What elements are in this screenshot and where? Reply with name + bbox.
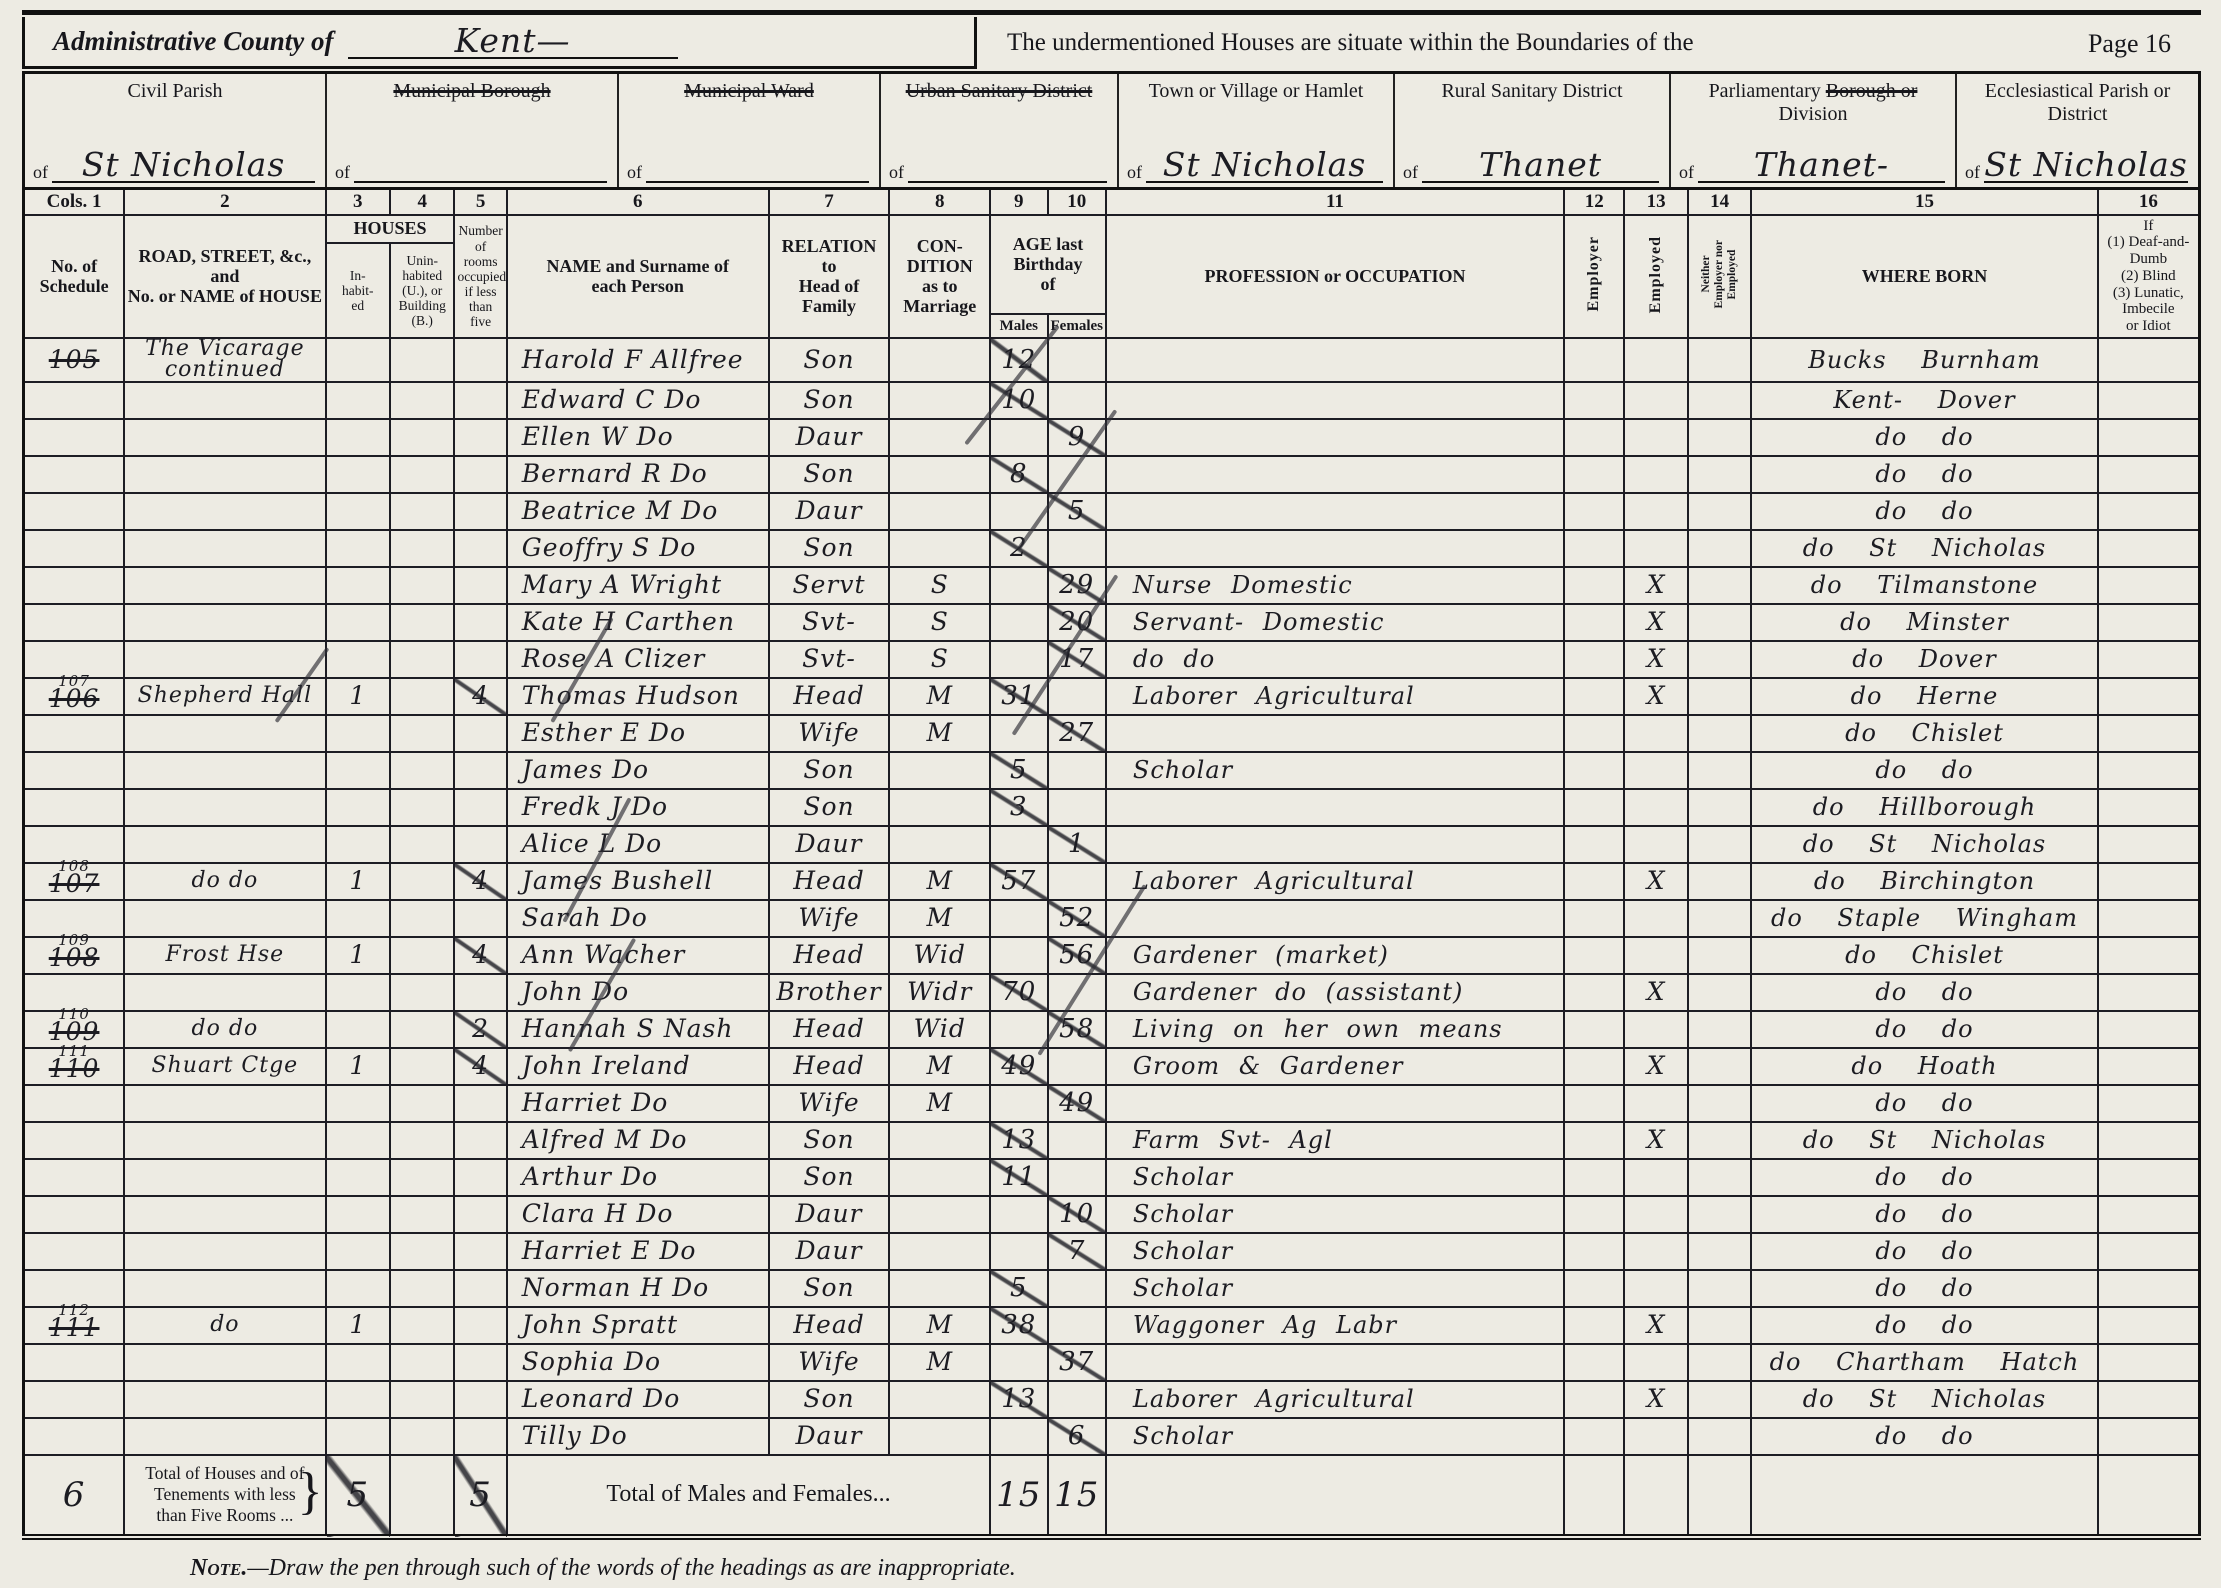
cell-name: Thomas Hudson bbox=[507, 678, 769, 715]
colnum-4: 4 bbox=[390, 189, 454, 215]
cell-cond: S bbox=[889, 641, 990, 678]
cell-infirm bbox=[2098, 493, 2200, 530]
admin-county-value: Kent— bbox=[348, 24, 678, 59]
cell-prof: do do bbox=[1106, 641, 1564, 678]
totals-houses-cell: Total of Houses and of Tenements with le… bbox=[124, 1455, 325, 1537]
ecclesiastical-title: Ecclesiastical Parish or District bbox=[1957, 80, 2198, 126]
town-village-title: Town or Village or Hamlet bbox=[1119, 80, 1393, 103]
cell-rooms bbox=[454, 1196, 506, 1233]
cell-born: Kent- Dover bbox=[1751, 382, 2097, 419]
cell-empr bbox=[1564, 1048, 1624, 1085]
cell-rooms bbox=[454, 1418, 506, 1455]
cell-uninh bbox=[390, 493, 454, 530]
cell-schedule: 109108 bbox=[24, 937, 125, 974]
header-houses-group: HOUSES bbox=[326, 215, 455, 243]
cell-empr bbox=[1564, 1344, 1624, 1381]
schedule-original: 111 bbox=[49, 1313, 100, 1342]
cell-rel: Daur bbox=[769, 1418, 890, 1455]
cell-name: Tilly Do bbox=[507, 1418, 769, 1455]
cell-empd: X bbox=[1624, 604, 1687, 641]
cell-infirm bbox=[2098, 382, 2200, 419]
cell-neither bbox=[1688, 789, 1751, 826]
cell-neither bbox=[1688, 382, 1751, 419]
cell-uninh bbox=[390, 678, 454, 715]
cell-name: Sarah Do bbox=[507, 900, 769, 937]
cell-infirm bbox=[2098, 338, 2200, 382]
cell-cond: M bbox=[889, 1048, 990, 1085]
cell-road bbox=[124, 419, 325, 456]
cell-age_f: 52 bbox=[1048, 900, 1106, 937]
cell-road bbox=[124, 789, 325, 826]
table-row: Geoffry S DoSon2do St Nicholas bbox=[24, 530, 2200, 567]
cell-inh: 1 bbox=[326, 863, 390, 900]
cell-born: do St Nicholas bbox=[1751, 1122, 2097, 1159]
cell-schedule bbox=[24, 530, 125, 567]
cell-infirm bbox=[2098, 863, 2200, 900]
cell-rooms: 4 bbox=[454, 1048, 506, 1085]
cell-rooms bbox=[454, 641, 506, 678]
cell-empd bbox=[1624, 456, 1687, 493]
cell-empd bbox=[1624, 826, 1687, 863]
table-row: Tilly DoDaur6Scholardo do bbox=[24, 1418, 2200, 1455]
cell-empr bbox=[1564, 789, 1624, 826]
cell-infirm bbox=[2098, 604, 2200, 641]
cell-prof bbox=[1106, 789, 1564, 826]
cell-name: Harriet Do bbox=[507, 1085, 769, 1122]
cell-infirm bbox=[2098, 1122, 2200, 1159]
cell-neither bbox=[1688, 567, 1751, 604]
cell-prof bbox=[1106, 826, 1564, 863]
cell-infirm bbox=[2098, 1048, 2200, 1085]
cell-neither bbox=[1688, 937, 1751, 974]
colnum-11: 11 bbox=[1106, 189, 1564, 215]
cell-schedule: 111110 bbox=[24, 1048, 125, 1085]
cell-schedule bbox=[24, 752, 125, 789]
cell-uninh bbox=[390, 1196, 454, 1233]
table-row: Bernard R DoSon8do do bbox=[24, 456, 2200, 493]
totals-blank-neither bbox=[1688, 1455, 1751, 1537]
cell-prof bbox=[1106, 419, 1564, 456]
cell-prof bbox=[1106, 338, 1564, 382]
cell-road: do bbox=[124, 1307, 325, 1344]
cell-age_f: 1 bbox=[1048, 826, 1106, 863]
cell-schedule bbox=[24, 1085, 125, 1122]
cell-rooms bbox=[454, 456, 506, 493]
cell-inh bbox=[326, 789, 390, 826]
cell-empr bbox=[1564, 678, 1624, 715]
totals-males-females-label: Total of Males and Females... bbox=[507, 1455, 990, 1537]
table-row: Arthur DoSon11Scholardo do bbox=[24, 1159, 2200, 1196]
table-row: Clara H DoDaur10Scholardo do bbox=[24, 1196, 2200, 1233]
totals-schedule-mark: 6 bbox=[24, 1455, 125, 1537]
table-header: Cols. 1 2 3 4 5 6 7 8 9 10 11 12 13 14 1… bbox=[24, 189, 2200, 339]
cell-rooms: 2 bbox=[454, 1011, 506, 1048]
cell-prof bbox=[1106, 530, 1564, 567]
cell-inh bbox=[326, 752, 390, 789]
cell-neither bbox=[1688, 1159, 1751, 1196]
cell-empd bbox=[1624, 1418, 1687, 1455]
cell-empr bbox=[1564, 338, 1624, 382]
colnum-5: 5 bbox=[454, 189, 506, 215]
cell-empr bbox=[1564, 567, 1624, 604]
cell-neither bbox=[1688, 1122, 1751, 1159]
cell-uninh bbox=[390, 456, 454, 493]
cell-infirm bbox=[2098, 1418, 2200, 1455]
urban-sanitary-value bbox=[908, 151, 1107, 183]
cell-name: Clara H Do bbox=[507, 1196, 769, 1233]
cell-empd bbox=[1624, 789, 1687, 826]
cell-empr bbox=[1564, 1381, 1624, 1418]
cell-empr bbox=[1564, 530, 1624, 567]
cell-road: do do bbox=[124, 1011, 325, 1048]
cell-empd: X bbox=[1624, 641, 1687, 678]
urban-sanitary-box: Urban Sanitary District of bbox=[881, 74, 1119, 187]
cell-road bbox=[124, 974, 325, 1011]
cell-age_m: 5 bbox=[990, 1270, 1047, 1307]
cell-schedule bbox=[24, 715, 125, 752]
cell-inh: 1 bbox=[326, 678, 390, 715]
cell-empd bbox=[1624, 493, 1687, 530]
civil-parish-value: St Nicholas bbox=[52, 148, 315, 183]
cell-empd bbox=[1624, 752, 1687, 789]
cell-empr bbox=[1564, 1196, 1624, 1233]
cell-empr bbox=[1564, 752, 1624, 789]
cell-rooms bbox=[454, 1344, 506, 1381]
cell-inh bbox=[326, 900, 390, 937]
cell-rooms bbox=[454, 715, 506, 752]
cell-rooms bbox=[454, 1381, 506, 1418]
cell-age_m: 8 bbox=[990, 456, 1047, 493]
cell-age_m bbox=[990, 419, 1047, 456]
cell-rooms bbox=[454, 900, 506, 937]
cell-road bbox=[124, 1085, 325, 1122]
cell-rooms bbox=[454, 604, 506, 641]
cell-uninh bbox=[390, 1233, 454, 1270]
cell-neither bbox=[1688, 456, 1751, 493]
cell-road bbox=[124, 826, 325, 863]
cell-road bbox=[124, 715, 325, 752]
colnum-16: 16 bbox=[2098, 189, 2200, 215]
cell-age_f: 56 bbox=[1048, 937, 1106, 974]
cell-born: do do bbox=[1751, 1159, 2097, 1196]
cell-road bbox=[124, 1418, 325, 1455]
cell-prof: Waggoner Ag Labr bbox=[1106, 1307, 1564, 1344]
cell-prof: Laborer Agricultural bbox=[1106, 678, 1564, 715]
town-village-value: St Nicholas bbox=[1146, 148, 1383, 183]
census-table: Cols. 1 2 3 4 5 6 7 8 9 10 11 12 13 14 1… bbox=[22, 187, 2201, 1540]
cell-cond bbox=[889, 338, 990, 382]
cell-road bbox=[124, 1270, 325, 1307]
cell-born: do do bbox=[1751, 1011, 2097, 1048]
cell-rel: Son bbox=[769, 338, 890, 382]
footer-note-text: —Draw the pen through such of the words … bbox=[247, 1555, 1015, 1581]
municipal-borough-value bbox=[354, 151, 607, 183]
cell-neither bbox=[1688, 1011, 1751, 1048]
cell-prof bbox=[1106, 715, 1564, 752]
cell-rel: Head bbox=[769, 678, 890, 715]
colnum-14: 14 bbox=[1688, 189, 1751, 215]
cell-schedule bbox=[24, 1196, 125, 1233]
schedule-original: 110 bbox=[49, 1054, 100, 1083]
footer-note: Note.—Draw the pen through such of the w… bbox=[190, 1555, 1016, 1582]
cell-age_f: 7 bbox=[1048, 1233, 1106, 1270]
cell-road bbox=[124, 1233, 325, 1270]
cell-age_m: 13 bbox=[990, 1381, 1047, 1418]
cell-rel: Wife bbox=[769, 715, 890, 752]
census-rows: 105The Vicarage continuedHarold F Allfre… bbox=[24, 338, 2200, 1455]
cell-born: do do bbox=[1751, 419, 2097, 456]
cell-empd bbox=[1624, 382, 1687, 419]
cell-born: do do bbox=[1751, 752, 2097, 789]
cell-rel: Head bbox=[769, 1048, 890, 1085]
cell-uninh bbox=[390, 1085, 454, 1122]
of-label: of bbox=[627, 162, 642, 183]
colnum-12: 12 bbox=[1564, 189, 1624, 215]
cell-born: do do bbox=[1751, 974, 2097, 1011]
cell-neither bbox=[1688, 678, 1751, 715]
cell-neither bbox=[1688, 641, 1751, 678]
of-label: of bbox=[1403, 162, 1418, 183]
colnum-2: 2 bbox=[124, 189, 325, 215]
cell-age_f: 17 bbox=[1048, 641, 1106, 678]
ecclesiastical-box: Ecclesiastical Parish or District ofSt N… bbox=[1957, 74, 2198, 187]
table-row: Alice L DoDaur1do St Nicholas bbox=[24, 826, 2200, 863]
cell-uninh bbox=[390, 604, 454, 641]
cell-age_m bbox=[990, 604, 1047, 641]
cell-infirm bbox=[2098, 641, 2200, 678]
cell-name: Esther E Do bbox=[507, 715, 769, 752]
table-row: Sophia DoWifeM37do Chartham Hatch bbox=[24, 1344, 2200, 1381]
cell-name: John Do bbox=[507, 974, 769, 1011]
cell-cond bbox=[889, 1381, 990, 1418]
cell-empd bbox=[1624, 715, 1687, 752]
cell-prof: Farm Svt- Agl bbox=[1106, 1122, 1564, 1159]
cell-uninh bbox=[390, 530, 454, 567]
cell-prof: Scholar bbox=[1106, 752, 1564, 789]
cell-born: do St Nicholas bbox=[1751, 826, 2097, 863]
cell-infirm bbox=[2098, 937, 2200, 974]
table-row: Rose A ClizerSvt-S17do doXdo Dover bbox=[24, 641, 2200, 678]
cell-born: do do bbox=[1751, 1085, 2097, 1122]
cell-infirm bbox=[2098, 1233, 2200, 1270]
municipal-ward-value bbox=[646, 151, 869, 183]
schedule-original: 106 bbox=[49, 684, 100, 713]
cell-road bbox=[124, 1159, 325, 1196]
cell-neither bbox=[1688, 1048, 1751, 1085]
cell-rel: Son bbox=[769, 1381, 890, 1418]
cell-age_f bbox=[1048, 1307, 1106, 1344]
cell-rel: Son bbox=[769, 382, 890, 419]
cell-inh bbox=[326, 1011, 390, 1048]
cell-rooms bbox=[454, 530, 506, 567]
cell-uninh bbox=[390, 937, 454, 974]
cell-cond: M bbox=[889, 1344, 990, 1381]
totals-blank-profession bbox=[1106, 1455, 1564, 1537]
cell-rooms bbox=[454, 1159, 506, 1196]
cell-rel: Son bbox=[769, 752, 890, 789]
cell-rooms bbox=[454, 752, 506, 789]
cell-prof: Scholar bbox=[1106, 1418, 1564, 1455]
cell-empr bbox=[1564, 715, 1624, 752]
cell-uninh bbox=[390, 1048, 454, 1085]
rural-sanitary-value: Thanet bbox=[1422, 148, 1659, 183]
table-row: 105The Vicarage continuedHarold F Allfre… bbox=[24, 338, 2200, 382]
cell-cond: M bbox=[889, 863, 990, 900]
header-inhabited: In- habit- ed bbox=[326, 243, 390, 339]
cell-rel: Son bbox=[769, 789, 890, 826]
cell-born: do Hillborough bbox=[1751, 789, 2097, 826]
cell-uninh bbox=[390, 752, 454, 789]
cell-prof: Living on her own means bbox=[1106, 1011, 1564, 1048]
cell-schedule: 107106 bbox=[24, 678, 125, 715]
totals-inhabited: 5 bbox=[326, 1455, 390, 1537]
admin-county-box: Administrative County of Kent— bbox=[22, 17, 977, 69]
cell-neither bbox=[1688, 900, 1751, 937]
cell-age_m bbox=[990, 1418, 1047, 1455]
cell-born: do do bbox=[1751, 493, 2097, 530]
cell-road bbox=[124, 493, 325, 530]
civil-parish-box: Civil Parish ofSt Nicholas bbox=[25, 74, 327, 187]
municipal-ward-box: Municipal Ward of bbox=[619, 74, 881, 187]
cell-rel: Head bbox=[769, 863, 890, 900]
cell-neither bbox=[1688, 1344, 1751, 1381]
cell-inh bbox=[326, 1381, 390, 1418]
cell-born: do Chartham Hatch bbox=[1751, 1344, 2097, 1381]
cell-schedule bbox=[24, 419, 125, 456]
cell-uninh bbox=[390, 1418, 454, 1455]
town-village-box: Town or Village or Hamlet ofSt Nicholas bbox=[1119, 74, 1395, 187]
cell-empr bbox=[1564, 1159, 1624, 1196]
cell-inh bbox=[326, 1196, 390, 1233]
cell-empd bbox=[1624, 900, 1687, 937]
cell-age_f bbox=[1048, 530, 1106, 567]
schedule-original: 108 bbox=[49, 943, 100, 972]
cell-name: Alfred M Do bbox=[507, 1122, 769, 1159]
cell-infirm bbox=[2098, 752, 2200, 789]
undermentioned-text: The undermentioned Houses are situate wi… bbox=[1007, 29, 1694, 57]
cell-born: do do bbox=[1751, 1418, 2097, 1455]
table-row: 112111do1John SprattHeadM38Waggoner Ag L… bbox=[24, 1307, 2200, 1344]
cell-infirm bbox=[2098, 715, 2200, 752]
table-row: 110109do do2Hannah S NashHeadWid58Living… bbox=[24, 1011, 2200, 1048]
top-strip: Administrative County of Kent— The under… bbox=[22, 10, 2201, 71]
header-infirmities: If (1) Deaf-and-Dumb (2) Blind (3) Lunat… bbox=[2098, 215, 2200, 339]
of-label: of bbox=[1965, 162, 1980, 183]
cell-empd: X bbox=[1624, 974, 1687, 1011]
cell-rooms bbox=[454, 419, 506, 456]
cell-schedule bbox=[24, 1122, 125, 1159]
cell-rooms bbox=[454, 1270, 506, 1307]
cell-neither bbox=[1688, 715, 1751, 752]
cell-rel: Son bbox=[769, 1122, 890, 1159]
cell-uninh bbox=[390, 900, 454, 937]
cell-empd bbox=[1624, 1270, 1687, 1307]
table-row: Kate H CarthenSvt-S20Servant- DomesticXd… bbox=[24, 604, 2200, 641]
cell-rel: Head bbox=[769, 1011, 890, 1048]
cell-born: do St Nicholas bbox=[1751, 1381, 2097, 1418]
cell-cond: Wid bbox=[889, 937, 990, 974]
cell-cond bbox=[889, 1418, 990, 1455]
cell-neither bbox=[1688, 1381, 1751, 1418]
totals-houses-label: Total of Houses and of Tenements with le… bbox=[127, 1463, 322, 1526]
cell-born: do Chislet bbox=[1751, 937, 2097, 974]
cell-name: Mary A Wright bbox=[507, 567, 769, 604]
cell-name: Kate H Carthen bbox=[507, 604, 769, 641]
cell-cond bbox=[889, 1233, 990, 1270]
cell-prof bbox=[1106, 456, 1564, 493]
cell-empr bbox=[1564, 863, 1624, 900]
cell-prof bbox=[1106, 1344, 1564, 1381]
cell-empd bbox=[1624, 1085, 1687, 1122]
totals-row: 6 Total of Houses and of Tenements with … bbox=[24, 1455, 2200, 1537]
parliamentary-title-post: Division bbox=[1779, 103, 1848, 125]
cell-prof: Groom & Gardener bbox=[1106, 1048, 1564, 1085]
cell-born: do Hoath bbox=[1751, 1048, 2097, 1085]
cell-road: do do bbox=[124, 863, 325, 900]
cell-rooms bbox=[454, 567, 506, 604]
cell-inh bbox=[326, 493, 390, 530]
cell-inh bbox=[326, 1159, 390, 1196]
cell-empd: X bbox=[1624, 1122, 1687, 1159]
cell-age_m: 70 bbox=[990, 974, 1047, 1011]
table-row: John DoBrotherWidr70Gardener do (assista… bbox=[24, 974, 2200, 1011]
header-employed-text: Employed bbox=[1647, 236, 1665, 313]
cell-age_m bbox=[990, 641, 1047, 678]
totals-blank-born bbox=[1751, 1455, 2097, 1537]
cell-name: Ellen W Do bbox=[507, 419, 769, 456]
cell-uninh bbox=[390, 1122, 454, 1159]
cell-uninh bbox=[390, 1307, 454, 1344]
cell-rel: Svt- bbox=[769, 641, 890, 678]
colnum-13: 13 bbox=[1624, 189, 1687, 215]
cell-cond: M bbox=[889, 715, 990, 752]
header-employer: Employer bbox=[1564, 215, 1624, 339]
cell-schedule bbox=[24, 567, 125, 604]
cell-neither bbox=[1688, 338, 1751, 382]
cell-name: Arthur Do bbox=[507, 1159, 769, 1196]
cell-born: do do bbox=[1751, 1233, 2097, 1270]
cell-cond bbox=[889, 456, 990, 493]
cell-born: do Dover bbox=[1751, 641, 2097, 678]
cell-age_f bbox=[1048, 789, 1106, 826]
cell-age_m bbox=[990, 1344, 1047, 1381]
cell-name: Norman H Do bbox=[507, 1270, 769, 1307]
cell-age_f bbox=[1048, 1270, 1106, 1307]
cell-road: Frost Hse bbox=[124, 937, 325, 974]
totals-uninhabited bbox=[390, 1455, 454, 1537]
totals-blank-employer bbox=[1564, 1455, 1624, 1537]
cell-road bbox=[124, 604, 325, 641]
cell-infirm bbox=[2098, 789, 2200, 826]
totals-blank-employed bbox=[1624, 1455, 1687, 1537]
colnum-1: Cols. 1 bbox=[24, 189, 125, 215]
cell-cond: S bbox=[889, 604, 990, 641]
cell-born: do Tilmanstone bbox=[1751, 567, 2097, 604]
parliamentary-title-struck: Borough or bbox=[1826, 80, 1918, 102]
cell-empd: X bbox=[1624, 1307, 1687, 1344]
cell-cond bbox=[889, 419, 990, 456]
header-rooms: Number of rooms occupied if less than fi… bbox=[454, 215, 506, 339]
cell-rel: Daur bbox=[769, 493, 890, 530]
cell-prof bbox=[1106, 382, 1564, 419]
cell-infirm bbox=[2098, 678, 2200, 715]
cell-age_f: 37 bbox=[1048, 1344, 1106, 1381]
cell-name: Harriet E Do bbox=[507, 1233, 769, 1270]
cell-name: John Spratt bbox=[507, 1307, 769, 1344]
cell-infirm bbox=[2098, 1085, 2200, 1122]
cell-cond bbox=[889, 789, 990, 826]
cell-prof: Scholar bbox=[1106, 1196, 1564, 1233]
